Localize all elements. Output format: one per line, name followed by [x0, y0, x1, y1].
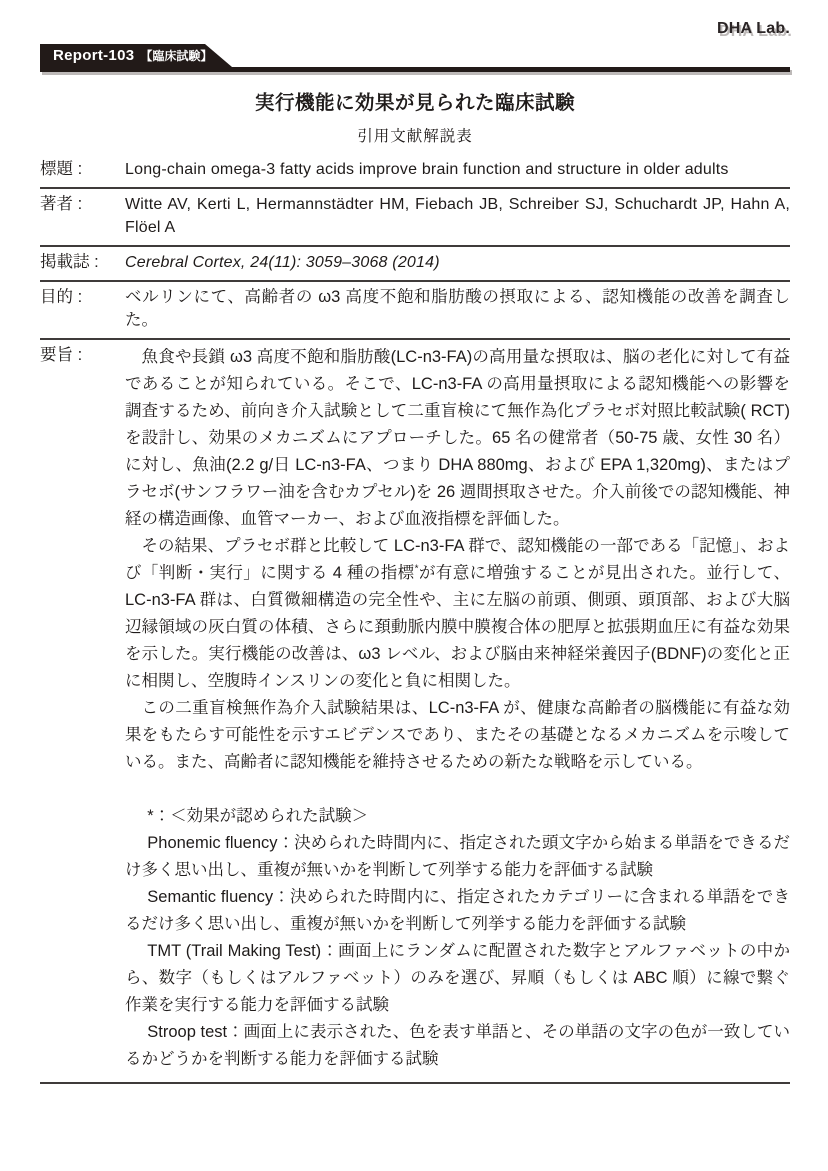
report-banner: Report-103 【臨床試験】	[40, 44, 232, 67]
field-label-title: 標題 :	[40, 158, 125, 181]
citation-table: 標題 : Long-chain omega-3 fatty acids impr…	[40, 154, 790, 1084]
document-page: DHA Lab. Report-103 【臨床試験】 実行機能に効果が見られた臨…	[0, 0, 828, 1084]
report-number: Report-103	[53, 47, 134, 64]
summary-paragraph-2: その結果、プラセボ群と比較して LC-n3-FA 群で、認知機能の一部である「記…	[125, 533, 790, 695]
field-row-title: 標題 : Long-chain omega-3 fatty acids impr…	[40, 154, 790, 189]
footnote-block: *：＜効果が認められた試験＞ Phonemic fluency：決められた時間内…	[125, 803, 790, 1073]
header-band: DHA Lab. Report-103 【臨床試験】	[40, 44, 790, 72]
field-label-purpose: 目的 :	[40, 286, 125, 332]
report-category: 【臨床試験】	[140, 47, 212, 64]
field-row-purpose: 目的 : ベルリンにて、高齢者の ω3 高度不飽和脂肪酸の摂取による、認知機能の…	[40, 282, 790, 340]
page-header: DHA Lab. Report-103 【臨床試験】	[40, 44, 790, 72]
footnote-item-phonemic: Phonemic fluency：決められた時間内に、指定された頭文字から始まる…	[125, 830, 790, 884]
field-value-purpose: ベルリンにて、高齢者の ω3 高度不飽和脂肪酸の摂取による、認知機能の改善を調査…	[125, 286, 790, 332]
page-title: 実行機能に効果が見られた臨床試験	[40, 87, 790, 115]
field-row-summary: 要旨 : 魚食や長鎖 ω3 高度不飽和脂肪酸(LC-n3-FA)の高用量な摂取は…	[40, 340, 790, 1084]
footnote-item-tmt: TMT (Trail Making Test)：画面上にランダムに配置された数字…	[125, 938, 790, 1019]
field-row-journal: 掲載誌 : Cerebral Cortex, 24(11): 3059–3068…	[40, 247, 790, 282]
field-label-summary: 要旨 :	[40, 344, 125, 1073]
summary-paragraph-2-post: が有意に増強することが見出された。並行して、LC-n3-FA 群は、白質微細構造…	[125, 564, 790, 690]
brand-logo: DHA Lab.	[717, 20, 790, 38]
footnote-item-semantic: Semantic fluency：決められた時間内に、指定されたカテゴリーに含ま…	[125, 884, 790, 938]
footnote-item-stroop: Stroop test：画面上に表示された、色を表す単語と、その単語の文字の色が…	[125, 1019, 790, 1073]
field-label-authors: 著者 :	[40, 193, 125, 239]
header-rule	[40, 67, 790, 72]
field-value-journal: Cerebral Cortex, 24(11): 3059–3068 (2014…	[125, 251, 790, 274]
footnote-heading: *：＜効果が認められた試験＞	[125, 803, 790, 830]
summary-paragraph-1: 魚食や長鎖 ω3 高度不飽和脂肪酸(LC-n3-FA)の高用量な摂取は、脳の老化…	[125, 344, 790, 533]
field-value-authors: Witte AV, Kerti L, Hermannstädter HM, Fi…	[125, 193, 790, 239]
field-row-authors: 著者 : Witte AV, Kerti L, Hermannstädter H…	[40, 189, 790, 247]
field-value-title: Long-chain omega-3 fatty acids improve b…	[125, 158, 790, 181]
field-label-journal: 掲載誌 :	[40, 251, 125, 274]
summary-paragraph-3: この二重盲検無作為介入試験結果は、LC-n3-FA が、健康な高齢者の脳機能に有…	[125, 695, 790, 776]
field-value-summary: 魚食や長鎖 ω3 高度不飽和脂肪酸(LC-n3-FA)の高用量な摂取は、脳の老化…	[125, 344, 790, 1073]
page-subtitle: 引用文献解説表	[40, 124, 790, 146]
